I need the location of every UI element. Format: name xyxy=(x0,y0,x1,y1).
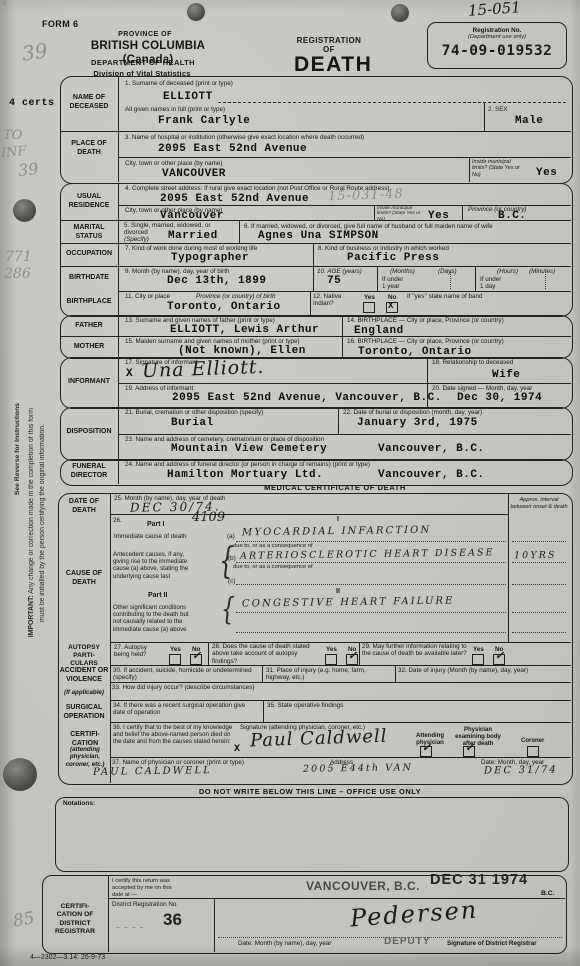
relationship-value: Wife xyxy=(492,369,520,381)
pencil-dashes: - - - - xyxy=(116,920,144,934)
corner-mark: 4 xyxy=(1,0,7,9)
section-surgical: SURGICAL OPERATION xyxy=(60,704,108,722)
months-label: (Months) xyxy=(390,268,415,275)
province-of: PROVINCE OF xyxy=(116,31,174,39)
section-mother: MOTHER xyxy=(60,343,118,352)
funeral-director-city: Vancouver, B.C. xyxy=(378,469,485,481)
q34-label: 34. If there was a recent surgical opera… xyxy=(113,702,258,717)
death-city-label: City, town or other place (by name) xyxy=(125,160,223,167)
q32-label: 32. Date of injury (Month (by name), day… xyxy=(398,667,568,674)
q27-yes-checkbox xyxy=(169,654,181,665)
age-value: 75 xyxy=(327,275,341,287)
coroner-checkbox xyxy=(527,746,539,757)
date-received-stamp: DEC 31 1974 xyxy=(430,872,528,888)
cause-c-prefix: (c) xyxy=(228,578,235,585)
section-accident: ACCIDENT OR VIOLENCE xyxy=(59,667,109,685)
code-4109: 4109 xyxy=(192,510,225,525)
q35-label: 35. State operative findings xyxy=(267,702,343,709)
part1-label: Part I xyxy=(147,521,165,529)
disposition-type-value: Burial xyxy=(171,417,214,429)
q29-label: 29. May further information relating to … xyxy=(362,643,470,658)
disposition-type-label: 21. Burial, cremation or other dispositi… xyxy=(125,409,263,416)
hole-punch xyxy=(391,4,409,22)
numeral-one: I xyxy=(337,516,339,524)
examining-physician-label: Physician examining body after death xyxy=(449,727,507,748)
under-day-label: If under 1 day xyxy=(480,276,504,291)
q27-label: 27. Autopsy being held? xyxy=(114,644,160,659)
q33-label: 33. How did injury occur? (describe circ… xyxy=(112,684,254,691)
numeral-two: II xyxy=(336,588,340,596)
notations-box xyxy=(55,797,569,872)
surname-value: ELLIOTT xyxy=(163,91,213,103)
form-number: FORM 6 xyxy=(42,19,78,30)
death-limits-label: Inside municipal limits? (State Yes or N… xyxy=(472,159,524,178)
q28-yes-label: Yes xyxy=(326,646,337,653)
section-usual-residence: USUAL RESIDENCE xyxy=(60,193,118,211)
physician-name-value: PAUL CALDWELL xyxy=(93,765,212,778)
hole-punch xyxy=(187,3,205,21)
death-registration-form: 4 FORM 6 39 PROVINCE OF BRITISH COLUMBIA… xyxy=(0,0,580,966)
section-birthdate: BIRTHDATE xyxy=(60,274,118,283)
birthplace-value: Toronto, Ontario xyxy=(167,301,281,313)
mother-name-value: (Not known), Ellen xyxy=(178,345,306,357)
surname-label: 1. Surname of deceased (print or type) xyxy=(125,80,233,87)
father-birthplace-label: 14. BIRTHPLACE — City or place, Province… xyxy=(347,317,504,324)
pencil-39-mid: 39 xyxy=(17,159,39,180)
immediate-cause-label: Immediate cause of death xyxy=(114,533,186,540)
given-names-label: All given names in full (print or type) xyxy=(125,106,225,113)
margin-certs-note: 4 certs xyxy=(9,98,55,109)
physician-x-mark: X xyxy=(234,744,241,755)
physician-date-value: DEC 31/74 xyxy=(484,764,558,776)
sex-value: Male xyxy=(515,115,543,127)
death-location-label: 3. Name of hospital or institution (othe… xyxy=(125,134,364,141)
birthdate-value: Dec 13th, 1899 xyxy=(167,275,266,287)
section-district-registrar: CERTIFI- CATION OF DISTRICT REGISTRAR xyxy=(47,903,103,937)
deputy-stamp: DEPUTY xyxy=(384,936,431,947)
work-value: Typographer xyxy=(171,252,249,264)
section-occupation: OCCUPATION xyxy=(60,250,118,259)
pencil-85: 85 xyxy=(11,908,36,931)
cemetery-value: Mountain View Cemetery xyxy=(171,443,327,455)
under-year-label: If under 1 year xyxy=(382,276,406,291)
section-cause-of-death: CAUSE OF DEATH xyxy=(58,570,110,588)
given-names-value: Frank Carlyle xyxy=(158,115,250,127)
q28-no-check: ✓ xyxy=(348,649,357,662)
section-accident-sub: (If applicable) xyxy=(59,689,109,696)
disposition-date-label: 22. Date of burial or disposition (month… xyxy=(343,409,482,416)
q29-yes-label: Yes xyxy=(473,646,484,653)
due-to-label-2: due to, or as a consequence of xyxy=(233,564,313,571)
due-to-label-1: due to, or as a consequence of xyxy=(233,543,313,550)
cause-b-prefix: (b) xyxy=(228,555,236,562)
important-rest: Any change or correction made in the com… xyxy=(28,408,35,595)
q30-label: 30. If accident, suicide, homicide or un… xyxy=(113,667,258,682)
minutes-label: (Minutes) xyxy=(529,268,555,275)
district-reg-no-label: District Registration No. xyxy=(112,901,178,908)
death-limits-value: Yes xyxy=(536,167,557,179)
physician-address-value: 2005 E44th VAN xyxy=(303,762,413,775)
form-code: 4—2302—3.14: 26-9-73 xyxy=(30,954,105,962)
street-value: 2095 East 52nd Avenue xyxy=(160,193,309,205)
q28-label: 28. Does the cause of death stated above… xyxy=(212,643,324,665)
section-date-of-death: DATE OF DEATH xyxy=(58,498,110,516)
death-location-value: 2095 East 52nd Avenue xyxy=(158,143,307,155)
hours-label: (Hours) xyxy=(497,268,518,275)
certify-statement: 36. I certify that to the best of my kno… xyxy=(113,724,235,746)
interval-header: Approx. interval between onset & death xyxy=(510,497,568,510)
registration-number-sub: (Department use only) xyxy=(428,34,566,41)
bc-label: B.C. xyxy=(541,890,555,898)
birthplace-label: 11. City or place xyxy=(125,293,170,300)
informant-x-mark: X xyxy=(126,368,133,380)
notations-label: Notations: xyxy=(63,800,95,808)
office-use-line: DO NOT WRITE BELOW THIS LINE – OFFICE US… xyxy=(130,787,490,796)
q28-yes-checkbox xyxy=(325,654,337,665)
attending-check: ✓ xyxy=(422,741,431,754)
medical-certificate-title: MEDICAL CERTIFICATE OF DEATH xyxy=(170,483,500,492)
antecedent-label: Antecedent causes, if any, giving rise t… xyxy=(113,551,191,580)
informant-address-value: 2095 East 52nd Avenue, Vancouver, B.C. xyxy=(172,392,442,404)
section-name-of-deceased: NAME OF DECEASED xyxy=(60,94,118,112)
father-birthplace-value: England xyxy=(354,325,404,337)
hole-punch xyxy=(3,758,37,791)
q27-yes-label: Yes xyxy=(170,646,181,653)
registration-number-box: Registration No. (Department use only) 7… xyxy=(427,22,567,69)
informant-signature: Una Elliott. xyxy=(142,356,265,382)
pencil-771: 771 xyxy=(5,249,32,265)
pencil-inf: INF xyxy=(0,144,27,162)
cause-b-interval: 10YRS xyxy=(514,550,557,562)
band-label: If ''yes'' state name of band xyxy=(407,293,483,300)
native-no-mark: X xyxy=(388,301,394,311)
section-autopsy: AUTOPSY PARTI- CULARS xyxy=(60,644,108,669)
native-indian-label: 12. Native Indian? xyxy=(313,293,353,308)
industry-value: Pacific Press xyxy=(347,252,439,264)
pencil-39-top: 39 xyxy=(20,38,49,65)
death-city-value: VANCOUVER xyxy=(162,168,226,180)
examining-check: ✓ xyxy=(465,741,474,754)
item-26: 26. xyxy=(113,517,122,524)
section-disposition: DISPOSITION xyxy=(60,428,118,437)
street-annotation: 15-031-48 xyxy=(328,187,404,205)
file-code-handwritten: 15-051 xyxy=(467,0,521,20)
cemetery-city-value: Vancouver, B.C. xyxy=(378,443,485,455)
section-father: FATHER xyxy=(60,322,118,331)
q29-no-check: ✓ xyxy=(495,649,504,662)
important-note-line1: IMPORTANT: Any change or correction made… xyxy=(28,408,35,637)
section-funeral-director: FUNERAL DIRECTOR xyxy=(60,463,118,481)
section-marital-status: MARITAL STATUS xyxy=(60,224,118,242)
registrar-date-line-label: Date: Month (by name), day, year xyxy=(238,940,331,947)
section-birthplace: BIRTHPLACE xyxy=(60,298,118,307)
department-title: DEPARTMENT OF HEALTH xyxy=(88,59,198,68)
hole-punch xyxy=(13,199,36,222)
funeral-director-label: 24. Name and address of funeral director… xyxy=(125,461,370,468)
important-bold: IMPORTANT: xyxy=(28,595,35,637)
mother-birthplace-label: 16. BIRTHPLACE — City or place, Province… xyxy=(347,338,504,345)
registrar-sig-line-label: Signature of District Registrar xyxy=(447,940,537,947)
section-place-of-death: PLACE OF DEATH xyxy=(60,140,118,158)
coroner-label: Coroner xyxy=(521,738,544,745)
spouse-value: Agnes Una SIMPSON xyxy=(258,230,379,242)
death-title: DEATH xyxy=(294,53,364,78)
q31-label: 31. Place of injury (e.g. home, farm, hi… xyxy=(266,667,388,682)
native-yes-checkbox xyxy=(363,302,375,313)
see-reverse-note: See Reverse for Instructions xyxy=(14,403,21,495)
brace-part2: { xyxy=(221,593,235,628)
father-name-value: ELLIOTT, Lewis Arthur xyxy=(170,324,319,336)
funeral-director-name: Hamilton Mortuary Ltd. xyxy=(167,469,323,481)
days-label: (Days) xyxy=(438,268,457,275)
relationship-label: 18. Relationship to deceased xyxy=(432,359,513,366)
district-reg-no-value: 36 xyxy=(163,910,182,930)
native-yes-label: Yes xyxy=(364,294,375,301)
date-signed-value: Dec 30, 1974 xyxy=(457,392,542,404)
other-conditions-label: Other significant conditions contributin… xyxy=(113,604,193,633)
section-certification-sub: (attending physician, coroner, etc.) xyxy=(61,746,109,768)
pencil-to: TO xyxy=(3,128,22,143)
section-informant: INFORMANT xyxy=(60,378,118,387)
pencil-286: 286 xyxy=(4,266,31,282)
q27-no-check: ✓ xyxy=(192,649,201,662)
place-stamp: VANCOUVER, B.C. xyxy=(306,879,420,893)
important-note-line2: must be initialled by the person certify… xyxy=(39,424,46,622)
marital-value: Married xyxy=(168,230,218,242)
q29-yes-checkbox xyxy=(472,654,484,665)
registrar-certify-text: I certify this return was accepted by me… xyxy=(112,878,182,898)
registration-number: 74-09-019532 xyxy=(428,43,566,59)
sex-label: 2. SEX xyxy=(488,106,508,113)
disposition-date-value: January 3rd, 1975 xyxy=(357,417,478,429)
part2-label: Part II xyxy=(148,592,167,600)
birthplace-label2: Province (or country) of birth xyxy=(196,293,275,300)
